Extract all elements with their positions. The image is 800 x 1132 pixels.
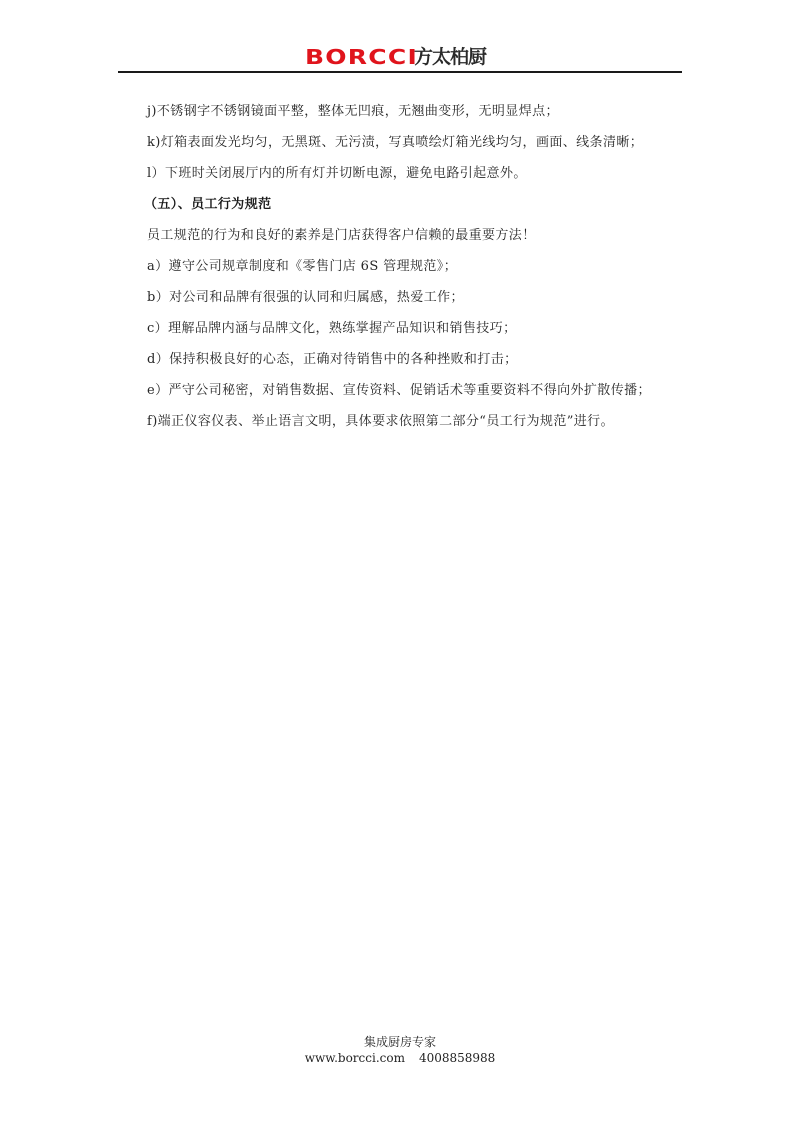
list-item-j: j)不锈钢字不锈钢镜面平整，整体无凹痕，无翘曲变形，无明显焊点； — [147, 96, 687, 127]
brand-logo: BORCCI 方太柏厨 — [305, 46, 486, 68]
footer-contact: www.borcci.com4008858988 — [0, 1050, 800, 1066]
logo-english-text: BORCCI — [305, 46, 436, 68]
list-item-b: b）对公司和品牌有很强的认同和归属感，热爱工作； — [147, 282, 687, 313]
page-footer: 集成厨房专家 www.borcci.com4008858988 — [0, 1034, 800, 1066]
list-item-l: l）下班时关闭展厅内的所有灯并切断电源，避免电路引起意外。 — [147, 158, 687, 189]
section-intro: 员工规范的行为和良好的素养是门店获得客户信赖的最重要方法！ — [147, 220, 687, 251]
list-item-d: d）保持积极良好的心态，正确对待销售中的各种挫败和打击； — [147, 344, 687, 375]
footer-website: www.borcci.com — [305, 1051, 405, 1065]
footer-phone: 4008858988 — [419, 1051, 495, 1065]
document-body: j)不锈钢字不锈钢镜面平整，整体无凹痕，无翘曲变形，无明显焊点； k)灯箱表面发… — [147, 96, 687, 437]
list-item-f: f)端正仪容仪表、举止语言文明，具体要求依照第二部分“员工行为规范”进行。 — [147, 406, 687, 437]
list-item-k: k)灯箱表面发光均匀，无黑斑、无污渍，写真喷绘灯箱光线均匀，画面、线条清晰； — [147, 127, 687, 158]
list-item-e: e）严守公司秘密，对销售数据、宣传资料、促销话术等重要资料不得向外扩散传播； — [147, 375, 687, 406]
list-item-c: c）理解品牌内涵与品牌文化，熟练掌握产品知识和销售技巧； — [147, 313, 687, 344]
section-heading: （五）、员工行为规范 — [144, 189, 687, 220]
list-item-a: a）遵守公司规章制度和《零售门店 6S 管理规范》； — [147, 251, 687, 282]
header-divider — [118, 71, 682, 73]
footer-slogan: 集成厨房专家 — [0, 1034, 800, 1050]
